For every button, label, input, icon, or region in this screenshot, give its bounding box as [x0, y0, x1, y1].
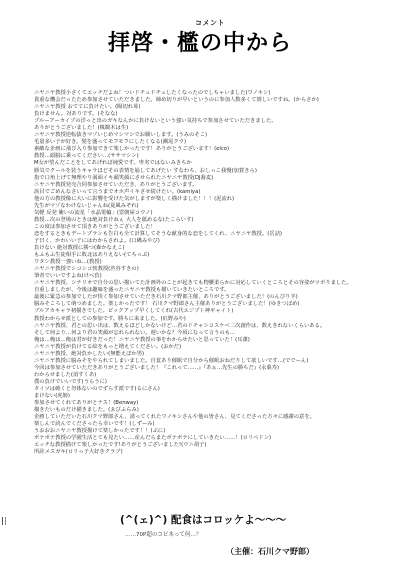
comment-line: ニヤニヤ教授が負けてる絵をもっと増えてください。(おかだ) — [34, 344, 398, 351]
comment-line: 子曰く、かわいい子にはわからされよ。(口縄みやび) — [34, 238, 398, 245]
comment-line: 恋をするときもデートプランも告白も全て計算してそうな献身的な恋をしてくれ、ニヤニ… — [34, 231, 398, 238]
comment-line: M女が望んだことをしてあげれば純愛です。卑劣ではないみきちか — [34, 160, 398, 167]
comment-line: 気軽 反発 衝いの流星「水晶電輪」(霊朝屋コウノ) — [34, 210, 398, 217]
comment-line: まけない(虎姫) — [34, 393, 398, 400]
footer-host-credit: （主催：石川クマ野郎） — [226, 546, 314, 557]
comment-page: コメント 拝啓・檻の中から ニヤニヤ教授小さくてエッチだよね！ついドチュドチュし… — [0, 0, 400, 565]
comment-line: 教授わからせ派としての参加です。勝ちに来ました。(紅野みや) — [34, 316, 398, 323]
comment-line: そして何より…何より君の笑顔が忘れられない。遅いかな？今頃になって言うのも… — [34, 330, 398, 337]
comment-line: 俺は…俺は…俺は君が好きだった！ニヤニヤ教授の事をわからせたいと思っていた！(耳… — [34, 337, 398, 344]
page-title: 拝啓・檻の中から — [100, 26, 300, 57]
comment-line: 今回は参加させていただきありがとうございました！『これって……』『あぁ…先生の勝… — [34, 365, 398, 372]
comment-line: 先生がマゾなわけないじゃんね(夏風みぞれ) — [34, 203, 398, 210]
comment-line: 他の方の教授像に大いに影響を受けた気がしますが楽しく描けました！！！(泥流れ) — [34, 196, 398, 203]
comment-line: この度は参加させて頂きありがとうございました！ — [34, 224, 398, 231]
margin-mark — [2, 517, 6, 525]
comment-line: 僕の負けでいいです(うらうに) — [34, 379, 398, 386]
comment-line: 指で口角上げて無理やり満面イキ顔笑顔にさせられたニヤニヤ教授(DJ蕎麦) — [34, 175, 398, 182]
comment-line: タイツは破くと勿体ないのでずらす派です(るにさん) — [34, 386, 398, 393]
comment-line: ニヤニヤ教授に脳みそをやられてしまいました。自覚あり催眠で自分から催眠おねだりし… — [34, 358, 398, 365]
comment-list: ニヤニヤ教授小さくてエッチだよね！ついドチュドチュしたくなったのでしちゃいました… — [34, 90, 398, 456]
comment-line: ニヤニヤ教授小さくてエッチだよね！ついドチュドチュしたくなったのでしちゃいました… — [34, 90, 398, 97]
comment-line: 所詮メスガキ(ロリっ子大好きクラブ) — [34, 449, 398, 456]
comment-line: 教授…次の登場のときは絶対負けねぇ 大人を舐めるな(たこらいす) — [34, 217, 398, 224]
comment-line: 涙目でごめんなさいって言うまでオホ声イキさせ続けたい。(kamiya) — [34, 189, 398, 196]
comment-line: ニヤニヤ教授発売合同参加させていただき、ありがとうございます。 — [34, 182, 398, 189]
footer-subline: ……70P超のコピ本って何…？ — [125, 530, 201, 538]
comment-line: ブルアカキャラ初描きでした。ピックアップ早くしてくれ(古代エジプト神ギャイト) — [34, 308, 398, 315]
comment-line: 勝気でクールを装うキャラほどその表情を崩してあげたい すなわち、おしっこ我慢(加… — [34, 168, 398, 175]
comment-line: ニヤニヤ教授、君との思い出は、数えるほどしかないけど…君のドチャシコスケベ二次創… — [34, 323, 398, 330]
comment-line: わからせました(消すくあ) — [34, 372, 398, 379]
comment-line: ニヤニヤ教授、絶対負かしたい(無能えぼか男) — [34, 351, 398, 358]
footer-headline: (^(ェ)^) 配食はコロッケよ～～～ — [120, 512, 360, 527]
